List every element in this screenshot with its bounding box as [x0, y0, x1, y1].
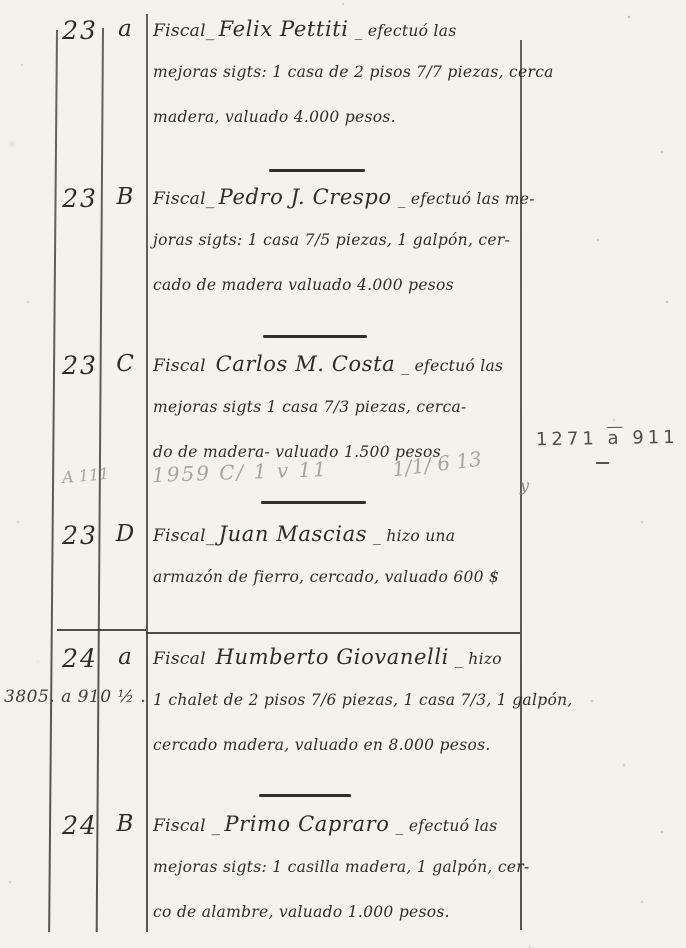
fiscal-label: Fiscal _ [153, 816, 220, 836]
entry-number: 24 [57, 811, 103, 840]
pencil-annotation-main: 1959 C/ 1 v 11 [152, 457, 329, 487]
entry-number: 23 [57, 16, 103, 45]
entry-text-line: Fiscal _Primo Capraro_ efectuó las [153, 812, 525, 836]
margin-annotation-left: 3805. a 910 ½ . [4, 687, 164, 707]
entry-text-line: 1 chalet de 2 pisos 7/6 piezas, 1 casa 7… [153, 691, 525, 709]
entry-text-line: cado de madera valuado 4.000 pesos [153, 276, 525, 294]
table-rule-horizontal-main-segment [146, 632, 520, 634]
entry-text: _ efectuó las [396, 817, 498, 835]
margin-ref-number2: 911 [632, 427, 679, 449]
entry-text: _ efectuó las me- [398, 190, 535, 208]
entry-text-line: Fiscal_Pedro J. Crespo_ efectuó las me- [153, 185, 525, 209]
fiscal-name: Humberto Giovanelli [216, 645, 449, 669]
entry-number: 24 [57, 644, 103, 673]
entry-text-line: Fiscal_Juan Mascias_ hizo una [153, 522, 525, 546]
entry-letter: a [103, 16, 147, 42]
fiscal-name: Carlos M. Costa [216, 352, 396, 376]
entry-text-line: mejoras sigts 1 casa 7/3 piezas, cerca- [153, 398, 525, 416]
entry-separator [261, 501, 366, 504]
margin-annotation-right: 1271 a 911 [536, 427, 686, 451]
fiscal-label: Fiscal_ [153, 21, 215, 41]
entry-text-line: Fiscal_Felix Pettiti_ efectuó las [153, 17, 525, 41]
entry-number: 23 [57, 351, 103, 380]
entry-text-line: co de alambre, valuado 1.000 pesos. [153, 903, 525, 921]
fiscal-name: Pedro J. Crespo [219, 185, 392, 209]
fiscal-label: Fiscal [153, 356, 212, 376]
margin-annotation-underdash [596, 462, 609, 464]
pencil-annotation-left: A 111 [61, 464, 110, 487]
margin-ref-letter: a [607, 428, 622, 449]
margin-annotation-mark: y [520, 476, 529, 495]
fiscal-label: Fiscal [153, 649, 212, 669]
entry-text-line: Fiscal Carlos M. Costa_ efectuó las [153, 352, 525, 376]
entry-text-line: madera, valuado 4.000 pesos. [153, 108, 525, 126]
paper-specks [0, 0, 2, 2]
entry-text-line: armazón de fierro, cercado, valuado 600 … [153, 568, 525, 586]
entry-letter: B [103, 811, 147, 837]
margin-ref-number: 1271 [536, 428, 598, 450]
entry-text-line: joras sigts: 1 casa 7/5 piezas, 1 galpón… [153, 231, 525, 249]
fiscal-name: Juan Mascias [219, 522, 367, 546]
entry-letter: D [103, 521, 147, 547]
fiscal-name: Primo Capraro [224, 812, 389, 836]
table-rule-vertical-left [48, 30, 58, 932]
entry-text: _ efectuó las [355, 22, 457, 40]
entry-separator [269, 169, 365, 172]
entry-letter: C [103, 351, 147, 377]
ledger-page: 23 a Fiscal_Felix Pettiti_ efectuó las m… [0, 0, 686, 948]
entry-number: 23 [57, 184, 103, 213]
entry-text: _ efectuó las [401, 357, 503, 375]
table-rule-vertical-letter-text [146, 14, 148, 932]
fiscal-label: Fiscal_ [153, 189, 215, 209]
entry-text-line: mejoras sigts: 1 casilla madera, 1 galpó… [153, 858, 525, 876]
entry-letter: a [103, 644, 147, 670]
entry-separator [259, 794, 351, 797]
entry-letter: B [103, 184, 147, 210]
entry-text: _ hizo [455, 650, 502, 668]
fiscal-label: Fiscal_ [153, 526, 215, 546]
entry-text-line: Fiscal Humberto Giovanelli_ hizo [153, 645, 525, 669]
entry-text: _ hizo una [373, 527, 455, 545]
entry-text-line: mejoras sigts: 1 casa de 2 pisos 7/7 pie… [153, 63, 525, 81]
fiscal-name: Felix Pettiti [219, 17, 349, 41]
entry-text-line: cercado madera, valuado en 8.000 pesos. [153, 736, 525, 754]
table-rule-horizontal-left-segment [57, 629, 146, 631]
entry-separator [263, 335, 367, 338]
entry-number: 23 [57, 521, 103, 550]
